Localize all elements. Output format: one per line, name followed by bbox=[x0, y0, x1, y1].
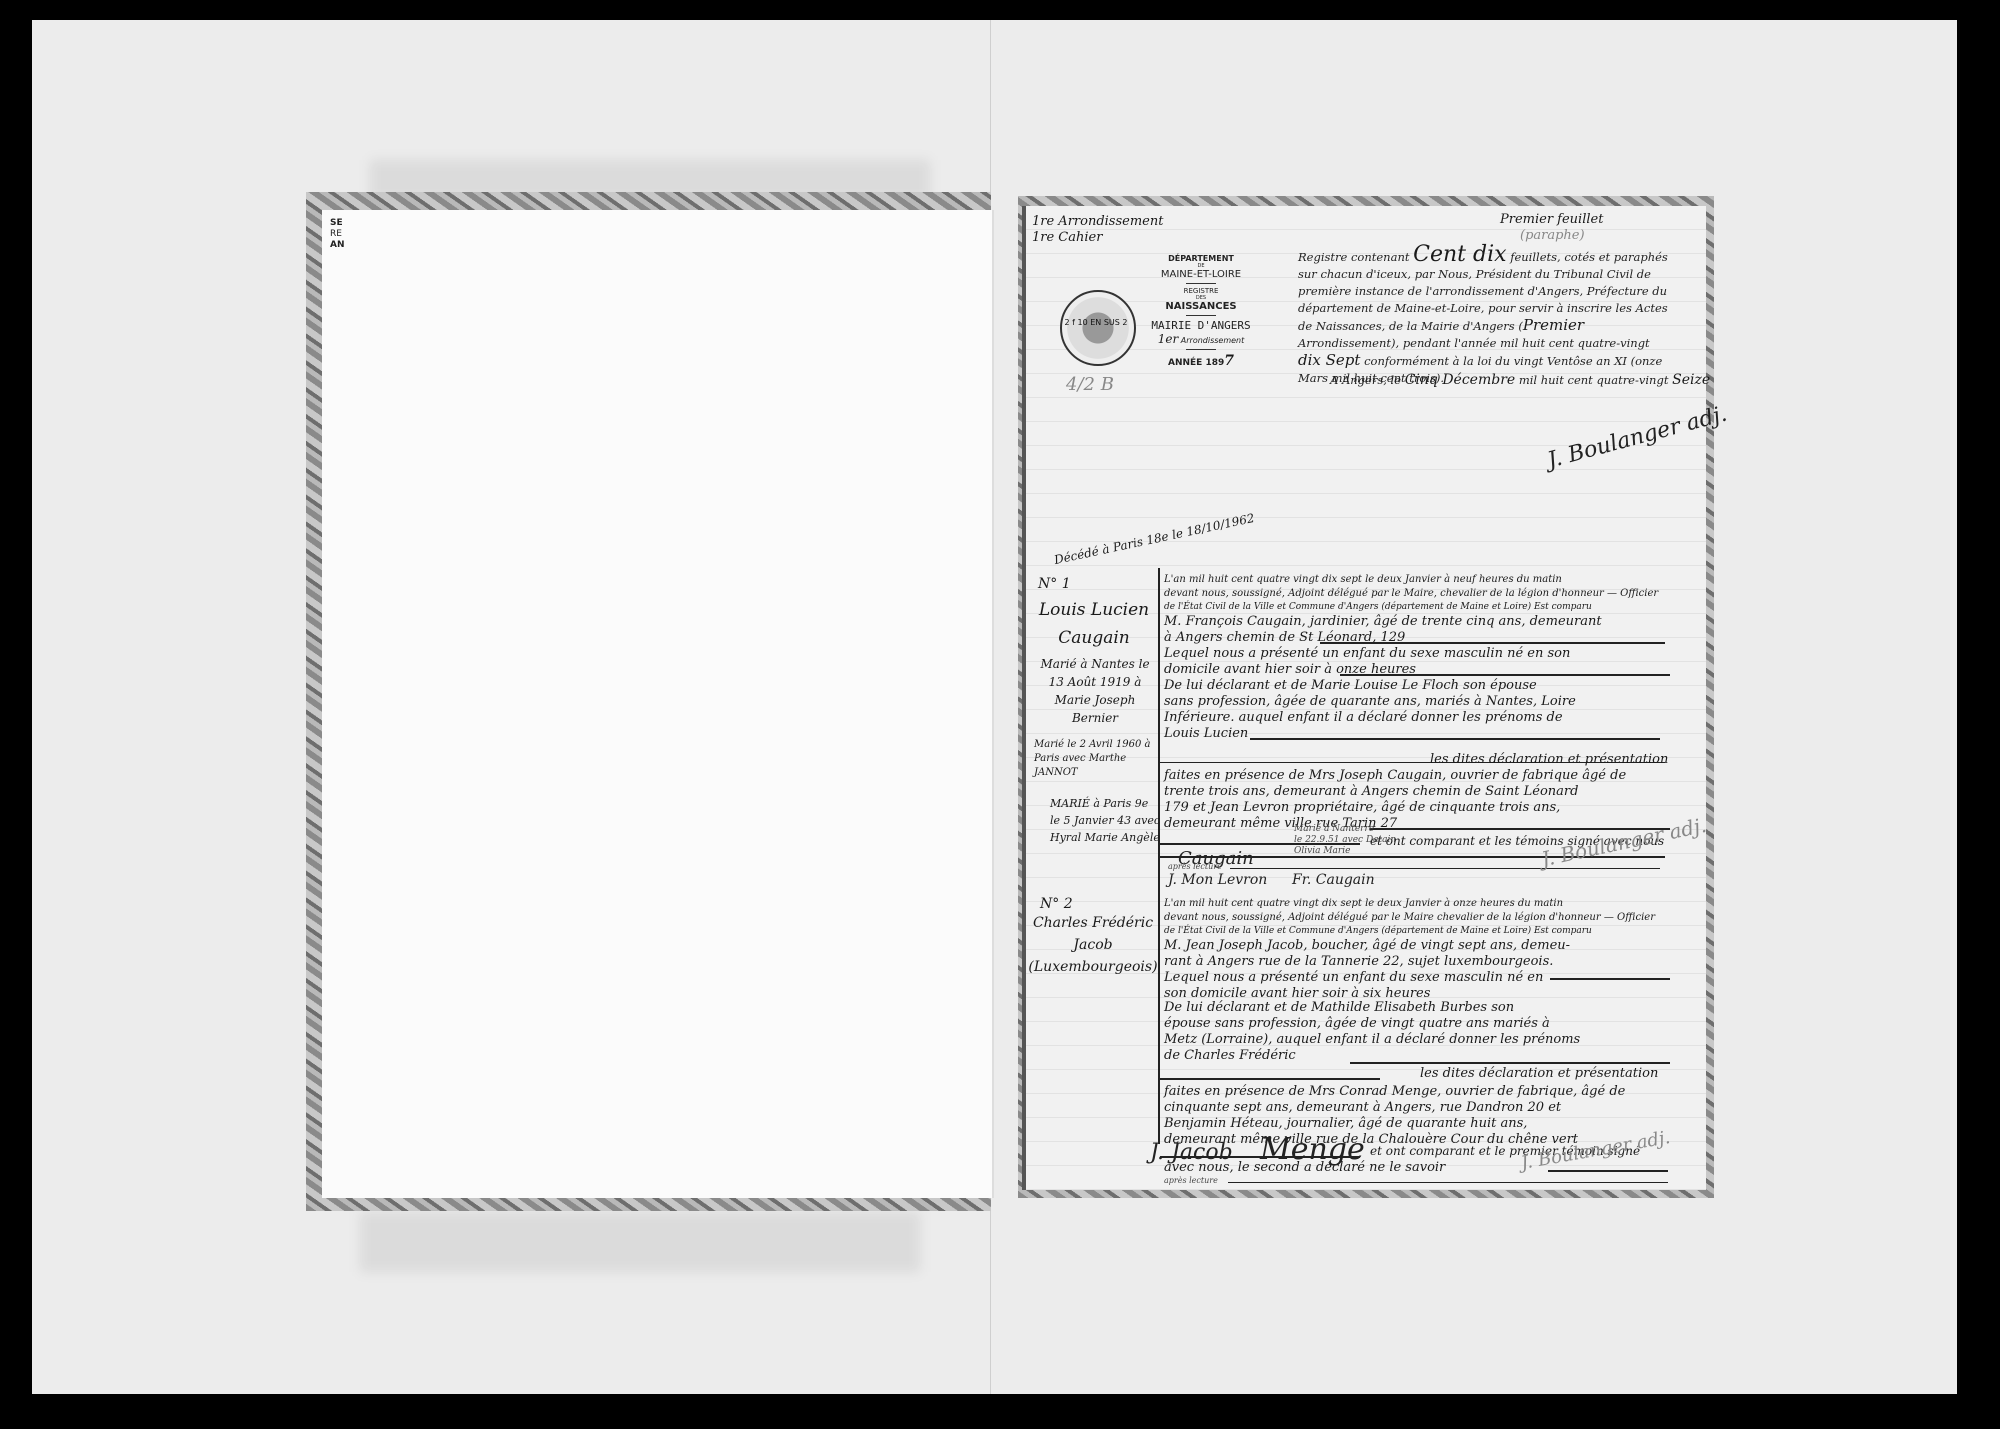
corner-note: 1re Arrondissement 1re Cahier bbox=[1032, 214, 1163, 246]
signature-levron: J. Mon Levron bbox=[1168, 872, 1267, 888]
entry1-margin-name: Louis Lucien Caugain bbox=[1030, 596, 1158, 652]
margin-divider bbox=[1158, 568, 1160, 898]
entry2-margin-name: Charles Frédéric Jacob (Luxembourgeois) bbox=[1028, 912, 1158, 978]
signature-jacob: J. Jacob bbox=[1150, 1140, 1233, 1165]
signature-fr-caugain: Fr. Caugain bbox=[1292, 872, 1375, 888]
entry1-marriage-note-1: Marié à Nantes le 13 Août 1919 à Marie J… bbox=[1036, 655, 1154, 727]
entry1-marriage-note-3: MARIÉ à Paris 9e le 5 Janvier 43 avec Hy… bbox=[1050, 795, 1160, 846]
entry1-number: N° 1 bbox=[1038, 576, 1071, 592]
book-spine bbox=[1022, 206, 1026, 1190]
signature-caugain: Caugain bbox=[1178, 848, 1254, 869]
entry2-number: N° 2 bbox=[1040, 896, 1073, 912]
margin-pencil-note: 4/2 B bbox=[1066, 374, 1114, 395]
entry1-marriage-note-2: Marié le 2 Avril 1960 à Paris avec Marth… bbox=[1034, 738, 1154, 780]
entry1-side-note: Marié à Nanterre le 22.9.51 avec Datain … bbox=[1294, 824, 1396, 857]
left-page-blank bbox=[322, 210, 994, 1198]
signature-menge: Menge bbox=[1260, 1132, 1365, 1167]
register-header: DÉPARTEMENT DE MAINE-ET-LOIRE REGISTRE D… bbox=[1146, 254, 1256, 369]
left-page-stamp: SE RE AN bbox=[330, 218, 345, 251]
seal-stamp-value: 2 f 10 EN SUS 2 bbox=[1062, 318, 1130, 327]
preamble-date: A Angers, le Cinq Décembre mil huit cent… bbox=[1330, 372, 1710, 389]
register-preamble: Registre contenant Cent dix feuillets, c… bbox=[1298, 246, 1668, 387]
margin-divider-2 bbox=[1158, 896, 1160, 1144]
book-shadow-bottom bbox=[360, 1212, 920, 1272]
top-right-note: Premier feuillet (paraphe) bbox=[1500, 212, 1603, 244]
republique-francaise-seal-icon bbox=[1060, 290, 1136, 366]
